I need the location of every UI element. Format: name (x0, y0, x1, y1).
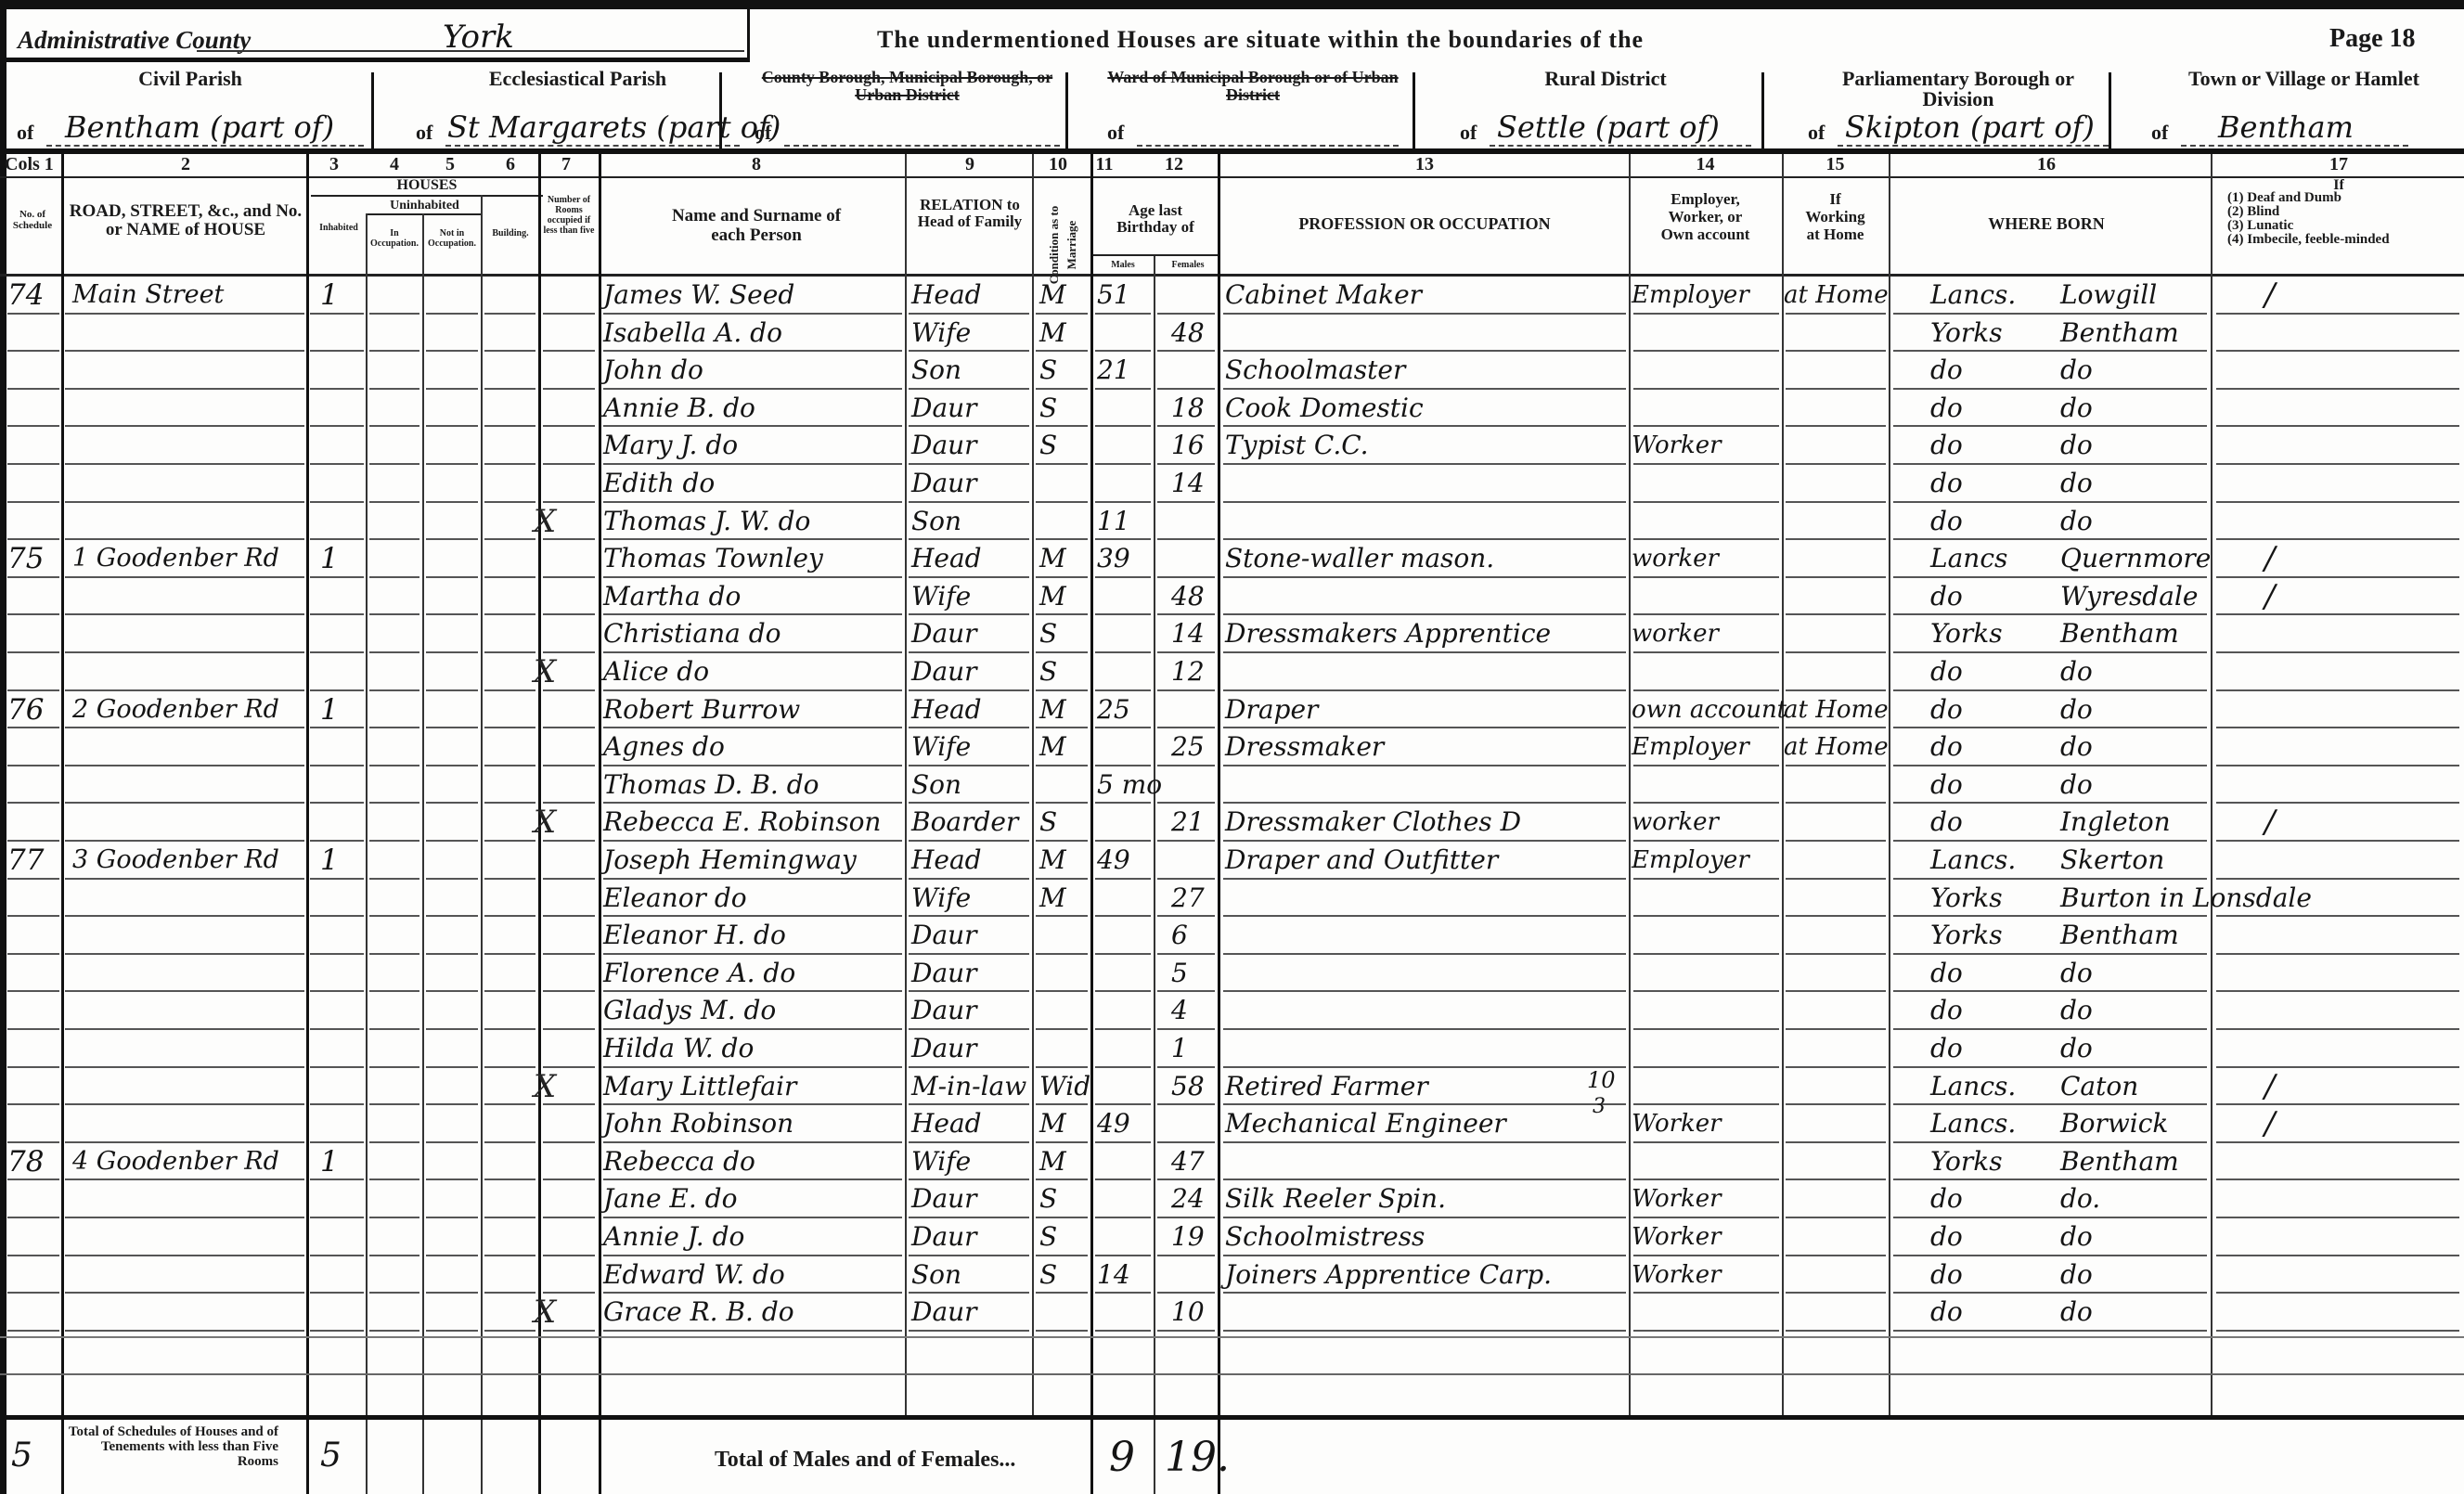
col-header-rooms: Number of Rooms occupied if less than fi… (541, 195, 597, 236)
field-ward: Ward of Municipal Borough or of Urban Di… (1100, 65, 1406, 148)
table-row: John Robinson Head M 49 Mechanical Engin… (0, 1105, 2464, 1143)
field-label: Town or Village or Hamlet (2144, 69, 2464, 89)
birth-place: do (2060, 655, 2093, 689)
birth-county: do (1930, 392, 1963, 425)
table-row: X Thomas J. W. do Son 11 do do (0, 503, 2464, 541)
of-label: of (1460, 121, 1477, 145)
table-row: Annie B. do Daur S 18 Cook Domestic do d… (0, 390, 2464, 428)
relation: Wife (911, 1145, 971, 1178)
birth-county: Yorks (1930, 1145, 2003, 1178)
employer-status: Employer (1632, 844, 1749, 877)
field-parliamentary-borough: Parliamentary Borough or Division of Ski… (1800, 65, 2116, 148)
employer-status: worker (1632, 617, 1719, 650)
relation: Daur (911, 957, 977, 990)
occupation: Silk Reeler Spin. (1225, 1182, 1446, 1216)
relation: Daur (911, 1295, 977, 1329)
birth-county: do (1930, 429, 1963, 462)
males-total: 9 (1109, 1434, 1135, 1481)
occupation: Cook Domestic (1225, 392, 1424, 425)
table-row: 74 Main Street 1 James W. Seed Head M 51… (0, 277, 2464, 315)
working-at-home: at Home (1784, 278, 1889, 312)
marital-condition: M (1039, 844, 1066, 877)
person-name: Isabella A. do (603, 316, 782, 350)
field-underline (2181, 145, 2408, 147)
person-name: Edward W. do (603, 1258, 785, 1292)
birth-place: Burton in Lonsdale (2060, 882, 2312, 915)
field-underline (784, 145, 1060, 147)
table-row: Edward W. do Son S 14 Joiners Apprentice… (0, 1256, 2464, 1294)
person-name: Martha do (603, 580, 741, 613)
female-age: 6 (1171, 919, 1188, 952)
col-header-road: ROAD, STREET, &c., and No. or NAME of HO… (65, 202, 306, 239)
col-number: 9 (905, 154, 1035, 174)
marital-condition: S (1039, 805, 1057, 839)
col-number: 14 (1629, 154, 1782, 174)
birth-county: Lancs. (1930, 1107, 2016, 1140)
schedule-number: 76 (7, 693, 44, 727)
occupation: Retired Farmer (1225, 1070, 1428, 1103)
inhabited-count: 1 (320, 278, 339, 312)
intro-text: The undermentioned Houses are situate wi… (877, 26, 1644, 54)
relation: Wife (911, 882, 971, 915)
relation: Son (911, 1258, 961, 1292)
birth-place: do (2060, 1258, 2093, 1292)
field-rural-district: Rural District of Settle (part of) (1452, 65, 1759, 148)
person-name: Mary J. do (603, 429, 738, 462)
of-label: of (416, 121, 432, 145)
relation: Head (911, 844, 982, 877)
person-name: Eleanor H. do (603, 919, 786, 952)
employer-status: own account (1632, 693, 1787, 727)
birth-place: do (2060, 957, 2093, 990)
male-age: 11 (1097, 505, 1130, 538)
infirmity-mark: / (2264, 805, 2275, 839)
row-rule (1223, 1330, 1626, 1332)
person-name: Mary Littlefair (603, 1070, 796, 1103)
relation: Wife (911, 580, 971, 613)
inhabited-count: 1 (320, 693, 339, 727)
table-row: Eleanor do Wife M 27 Yorks Burton in Lon… (0, 880, 2464, 918)
of-label: of (1107, 121, 1124, 145)
relation: Daur (911, 655, 977, 689)
employer-status: worker (1632, 542, 1719, 575)
row-rule (1157, 1330, 1215, 1332)
divider (371, 72, 374, 148)
col-header-females: Females (1155, 256, 1220, 274)
relation: Daur (911, 1032, 977, 1065)
females-total: 19. (1165, 1434, 1230, 1481)
col-header-relation: RELATION to Head of Family (905, 197, 1035, 230)
birth-place: do (2060, 354, 2093, 387)
relation: Son (911, 505, 961, 538)
person-name: Eleanor do (603, 882, 747, 915)
blank-row-rule (0, 1373, 2464, 1375)
relation: Daur (911, 1220, 977, 1254)
working-at-home: at Home (1784, 693, 1889, 727)
col-header-schedule: No. of Schedule (5, 209, 60, 231)
birth-place: do (2060, 730, 2093, 764)
table-row: Jane E. do Daur S 24 Silk Reeler Spin. W… (0, 1180, 2464, 1218)
row-rule (1893, 1330, 2207, 1332)
relation: Head (911, 693, 982, 727)
male-age: 39 (1097, 542, 1130, 575)
marital-condition: M (1039, 1107, 1066, 1140)
birth-place: do (2060, 505, 2093, 538)
divider (1413, 72, 1415, 148)
relation: Son (911, 354, 961, 387)
relation: Daur (911, 1182, 977, 1216)
female-age: 5 (1171, 957, 1188, 990)
occupation-annotation: 3 (1593, 1095, 1606, 1118)
row-rule (426, 1330, 478, 1332)
rooms-mark: X (534, 655, 556, 689)
employer-status: Worker (1632, 1182, 1722, 1216)
birth-place: do (2060, 693, 2093, 727)
occupation: Joiners Apprentice Carp. (1225, 1258, 1552, 1292)
col-header-employer: Employer, Worker, or Own account (1629, 190, 1782, 243)
occupation: Dressmaker Clothes D (1225, 805, 1521, 839)
occupation: Dressmaker (1225, 730, 1384, 764)
birth-county: do (1930, 768, 1963, 802)
person-name: Florence A. do (603, 957, 795, 990)
marital-condition: S (1039, 655, 1057, 689)
table-row: 78 4 Goodenber Rd 1 Rebecca do Wife M 47… (0, 1143, 2464, 1181)
person-name: Thomas D. B. do (603, 768, 819, 802)
infirmity-item: (4) Imbecile, feeble-minded (2227, 233, 2459, 247)
marital-condition: S (1039, 392, 1057, 425)
inhabited-count: 1 (320, 844, 339, 877)
field-label: Ward of Municipal Borough or of Urban Di… (1100, 69, 1406, 104)
birth-place: Lowgill (2060, 278, 2157, 312)
address: 3 Goodenber Rd (72, 844, 279, 877)
field-label: Civil Parish (9, 69, 371, 89)
infirmity-mark: / (2264, 580, 2275, 613)
col-header-infirmity-list: (1) Deaf and Dumb (2) Blind (3) Lunatic … (2227, 191, 2459, 247)
table-row: X Rebecca E. Robinson Boarder S 21 Dress… (0, 804, 2464, 842)
birth-place: do (2060, 467, 2093, 500)
uninhabited-rule (367, 213, 483, 215)
person-name: Hilda W. do (603, 1032, 754, 1065)
col-header-males: Males (1095, 256, 1151, 274)
female-age: 58 (1171, 1070, 1205, 1103)
working-at-home: at Home (1784, 730, 1889, 764)
employer-status: worker (1632, 805, 1719, 839)
table-row: X Grace R. B. do Daur 10 do do (0, 1294, 2464, 1332)
col-header-building: Building. (483, 228, 538, 238)
schedule-number: 74 (7, 278, 44, 312)
male-age: 49 (1097, 1107, 1130, 1140)
blank-row-rule (0, 1336, 2464, 1338)
person-name: Gladys M. do (603, 994, 776, 1027)
birth-county: do (1930, 1258, 1963, 1292)
female-age: 12 (1171, 655, 1205, 689)
person-name: Annie B. do (603, 392, 755, 425)
col-header-in-occupation: In Occupation. (368, 228, 421, 249)
row-rule (369, 1330, 419, 1332)
birth-place: do (2060, 392, 2093, 425)
person-name: Rebecca do (603, 1145, 755, 1178)
occupation: Dressmakers Apprentice (1225, 617, 1551, 650)
relation: Daur (911, 919, 977, 952)
field-value: Bentham (part of) (65, 109, 334, 145)
field-underline (1838, 145, 2109, 147)
birth-place: do (2060, 1295, 2093, 1329)
page-number: Page 18 (2329, 24, 2416, 54)
birth-place: do (2060, 994, 2093, 1027)
occupation: Draper and Outfitter (1225, 844, 1498, 877)
col-number: 10 (1035, 154, 1081, 174)
col-header-where-born: WHERE BORN (1889, 215, 2204, 233)
col-number: 7 (543, 154, 589, 174)
rooms-mark: X (534, 505, 556, 538)
field-label: Rural District (1452, 69, 1759, 89)
person-name: Joseph Hemingway (603, 844, 857, 877)
birth-county: do (1930, 467, 1963, 500)
infirmity-mark: / (2264, 278, 2275, 312)
table-row: Annie J. do Daur S 19 Schoolmistress Wor… (0, 1218, 2464, 1256)
address: Main Street (72, 278, 224, 312)
female-age: 47 (1171, 1145, 1205, 1178)
male-age: 51 (1097, 278, 1130, 312)
birth-place: Quernmore (2060, 542, 2211, 575)
schedules-total: 5 (11, 1436, 32, 1475)
marital-condition: M (1039, 882, 1066, 915)
birth-place: Bentham (2060, 316, 2179, 350)
marital-condition: M (1039, 730, 1066, 764)
marital-condition: M (1039, 278, 1066, 312)
birth-place: Skerton (2060, 844, 2164, 877)
male-age: 49 (1097, 844, 1130, 877)
male-age: 14 (1097, 1258, 1130, 1292)
inhabited-count: 1 (320, 1145, 339, 1178)
table-row: Hilda W. do Daur 1 do do (0, 1030, 2464, 1068)
col-header-inhabited: Inhabited (312, 223, 366, 233)
field-label: County Borough, Municipal Borough, or Ur… (747, 69, 1067, 104)
person-name: John do (603, 354, 703, 387)
infirmity-mark: / (2264, 1070, 2275, 1103)
occupation-annotation: 10 (1587, 1067, 1616, 1093)
col-header-uninhabited: Uninhabited (367, 197, 483, 214)
table-row: John do Son S 21 Schoolmaster do do (0, 352, 2464, 390)
row-rule (1633, 1330, 1779, 1332)
birth-county: Lancs. (1930, 278, 2016, 312)
table-row: Christiana do Daur S 14 Dressmakers Appr… (0, 615, 2464, 653)
table-row: Eleanor H. do Daur 6 Yorks Bentham (0, 917, 2464, 955)
divider (1761, 72, 1764, 148)
admin-county-value: York (443, 19, 514, 56)
col-number: Cols 1 (5, 154, 60, 174)
birth-place: Ingleton (2060, 805, 2171, 839)
occupation: Cabinet Maker (1225, 278, 1422, 312)
top-border (0, 0, 2464, 9)
birth-county: do (1930, 1220, 1963, 1254)
field-value: St Margarets (part of) (447, 109, 780, 145)
relation: Wife (911, 316, 971, 350)
birth-county: do (1930, 805, 1963, 839)
col-header-at-home: If Working at Home (1782, 190, 1889, 243)
female-age: 18 (1171, 392, 1205, 425)
col-number: 4 (371, 154, 418, 174)
birth-county: Lancs. (1930, 1070, 2016, 1103)
marital-condition: M (1039, 316, 1066, 350)
table-row: X Mary Littlefair M-in-law Wid 58 Retire… (0, 1068, 2464, 1106)
female-age: 4 (1171, 994, 1188, 1027)
birth-county: do (1930, 957, 1963, 990)
relation: Daur (911, 392, 977, 425)
table-row: Isabella A. do Wife M 48 Yorks Bentham (0, 315, 2464, 353)
female-age: 14 (1171, 467, 1205, 500)
birth-county: do (1930, 655, 1963, 689)
col-number: 2 (65, 154, 306, 174)
marital-condition: S (1039, 617, 1057, 650)
census-page: Administrative County York The underment… (0, 0, 2464, 1494)
employer-status: Worker (1632, 1258, 1722, 1292)
birth-place: Bentham (2060, 617, 2179, 650)
employer-status: Worker (1632, 1220, 1722, 1254)
schedule-number: 75 (7, 542, 44, 575)
female-age: 24 (1171, 1182, 1205, 1216)
person-name: Christiana do (603, 617, 780, 650)
col-number: 6 (483, 154, 538, 174)
marital-condition: S (1039, 1220, 1057, 1254)
schedule-number: 78 (7, 1145, 44, 1178)
person-name: Alice do (603, 655, 709, 689)
female-age: 19 (1171, 1220, 1205, 1254)
relation: Head (911, 278, 982, 312)
field-underline (46, 145, 364, 147)
field-label: Ecclesiastical Parish (408, 69, 747, 89)
divider (2109, 72, 2111, 148)
table-row: X Alice do Daur S 12 do do (0, 653, 2464, 691)
male-age: 21 (1097, 354, 1130, 387)
birth-county: Yorks (1930, 316, 2003, 350)
relation: Head (911, 1107, 982, 1140)
row-rule (1036, 1330, 1088, 1332)
relation: Head (911, 542, 982, 575)
birth-place: do (2060, 768, 2093, 802)
houses-total: 5 (320, 1436, 342, 1475)
employer-status: Worker (1632, 429, 1722, 462)
relation: Daur (911, 617, 977, 650)
field-value: Bentham (2218, 109, 2354, 145)
row-rule (1786, 1330, 1886, 1332)
col-number: 15 (1782, 154, 1889, 174)
birth-county: do (1930, 994, 1963, 1027)
col-header-name: Name and Surname of each Person (603, 206, 909, 245)
table-row: Gladys M. do Daur 4 do do (0, 992, 2464, 1030)
marital-condition: M (1039, 1145, 1066, 1178)
person-name: James W. Seed (603, 278, 794, 312)
birth-place: Bentham (2060, 919, 2179, 952)
field-town-village: Town or Village or Hamlet of Bentham (2144, 65, 2464, 148)
col-header-not-in-occupation: Not in Occupation. (423, 228, 481, 249)
birth-county: Yorks (1930, 882, 2003, 915)
field-value: Settle (part of) (1497, 109, 1720, 145)
row-rule (65, 1330, 304, 1332)
female-age: 48 (1171, 316, 1205, 350)
footer-rule (0, 1415, 2464, 1420)
occupation: Stone-waller mason. (1225, 542, 1494, 575)
birth-county: do (1930, 354, 1963, 387)
infirmity-item: (2) Blind (2227, 205, 2459, 219)
birth-place: Wyresdale (2060, 580, 2198, 613)
address: 1 Goodenber Rd (72, 542, 279, 575)
marital-condition: M (1039, 542, 1066, 575)
persons-total-label: Total of Males and of Females... (715, 1448, 1015, 1473)
field-label: Parliamentary Borough or Division (1800, 69, 2116, 109)
relation: Son (911, 768, 961, 802)
relation: M-in-law (911, 1070, 1026, 1103)
birth-county: do (1930, 505, 1963, 538)
birth-place: Bentham (2060, 1145, 2179, 1178)
employer-status: Employer (1632, 278, 1749, 312)
occupation: Mechanical Engineer (1225, 1107, 1506, 1140)
relation: Daur (911, 994, 977, 1027)
male-age: 25 (1097, 693, 1130, 727)
col-number: 5 (427, 154, 473, 174)
table-row: Edith do Daur 14 do do (0, 465, 2464, 503)
schedules-total-label: Total of Schedules of Houses and of Tene… (65, 1424, 278, 1469)
employer-status: Employer (1632, 730, 1749, 764)
row-rule (7, 1330, 59, 1332)
table-row: 75 1 Goodenber Rd 1 Thomas Townley Head … (0, 540, 2464, 578)
birth-county: do (1930, 693, 1963, 727)
birth-place: do (2060, 1220, 2093, 1254)
birth-county: do (1930, 1182, 1963, 1216)
marital-condition: S (1039, 1182, 1057, 1216)
relation: Wife (911, 730, 971, 764)
inhabited-count: 1 (320, 542, 339, 575)
female-age: 48 (1171, 580, 1205, 613)
marital-condition: Wid (1039, 1070, 1090, 1103)
row-rule (909, 1330, 1029, 1332)
col-number: 17 (2213, 154, 2464, 174)
infirmity-mark: / (2264, 542, 2275, 575)
row-rule (2216, 1330, 2459, 1332)
col-number: 3 (306, 154, 362, 174)
col-number: 13 (1220, 154, 1629, 174)
divider (1065, 72, 1068, 148)
female-age: 25 (1171, 730, 1205, 764)
birth-county: Yorks (1930, 919, 2003, 952)
rooms-mark: X (534, 805, 556, 839)
person-name: Edith do (603, 467, 715, 500)
table-row: 77 3 Goodenber Rd 1 Joseph Hemingway Hea… (0, 842, 2464, 880)
birth-place: Caton (2060, 1070, 2138, 1103)
birth-county: Lancs (1930, 542, 2007, 575)
col-number: 12 (1155, 154, 1193, 174)
person-name: Rebecca E. Robinson (603, 805, 881, 839)
female-age: 10 (1171, 1295, 1205, 1329)
address: 2 Goodenber Rd (72, 693, 279, 727)
birth-place: do. (2060, 1182, 2100, 1216)
occupation: Draper (1225, 693, 1318, 727)
field-ecclesiastical-parish: Ecclesiastical Parish of St Margarets (p… (408, 65, 747, 148)
marital-condition: M (1039, 580, 1066, 613)
table-row: Agnes do Wife M 25 Dressmaker Employer a… (0, 728, 2464, 766)
field-underline (1137, 145, 1399, 147)
table-row: Florence A. do Daur 5 do do (0, 955, 2464, 993)
infirmity-mark: / (2264, 1107, 2275, 1140)
field-county-borough: County Borough, Municipal Borough, or Ur… (747, 65, 1067, 148)
col-header-occupation: PROFESSION OR OCCUPATION (1220, 215, 1629, 233)
relation: Daur (911, 467, 977, 500)
occupation: Schoolmaster (1225, 354, 1405, 387)
person-name: Annie J. do (603, 1220, 744, 1254)
schedule-number: 77 (7, 844, 44, 877)
of-label: of (17, 121, 33, 145)
row-rule (1095, 1330, 1151, 1332)
